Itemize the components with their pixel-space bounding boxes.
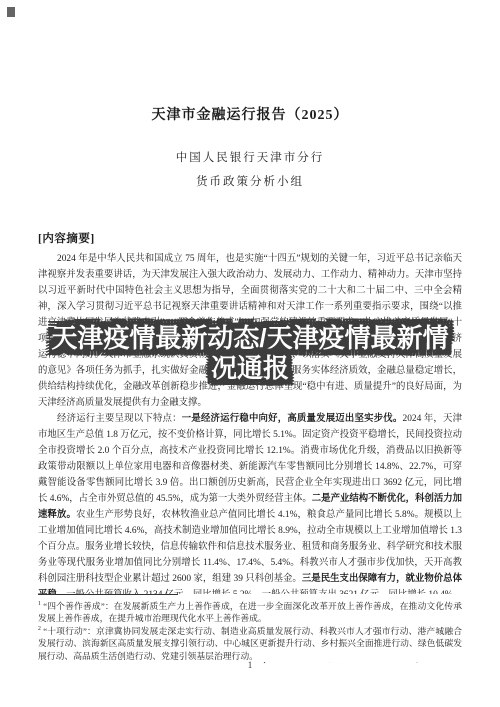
footnote-marker: 1 <box>38 601 41 607</box>
document-page: 天津市金融运行报告（2025） 中国人民银行天津市分行 货币政策分析小组 [内容… <box>38 0 462 667</box>
abstract-heading: [内容摘要] <box>38 230 462 246</box>
org-subunit: 货币政策分析小组 <box>38 173 462 189</box>
footnote-text: “十项行动”：京津冀协同发展走深走实行动、制造业高质量发展行动、科教兴市人才强市… <box>38 626 462 661</box>
report-title: 天津市金融运行报告（2025） <box>38 104 462 124</box>
org-name: 中国人民银行天津市分行 <box>38 149 462 165</box>
page-number: 1 <box>0 660 500 670</box>
footnote-text: “四个善作善成”：在发展新质生产力上善作善成，在进一步全面深化改革开放上善作善成… <box>38 601 462 623</box>
footnote-section: 1 “四个善作善成”：在发展新质生产力上善作善成，在进一步全面深化改革开放上善作… <box>38 594 462 662</box>
footnote: 2 “十项行动”：京津冀协同发展走深走实行动、制造业高质量发展行动、科教兴市人才… <box>38 625 462 662</box>
footnote-marker: 2 <box>38 626 41 632</box>
footnote: 1 “四个善作善成”：在发展新质生产力上善作善成，在进一步全面深化改革开放上善作… <box>38 600 462 625</box>
footnote-separator <box>38 594 178 595</box>
body-paragraph: 2024 年是中华人民共和国成立 75 周年，也是实施“十四五”规划的关键一年，… <box>38 251 462 411</box>
screen-artifact <box>7 7 15 17</box>
